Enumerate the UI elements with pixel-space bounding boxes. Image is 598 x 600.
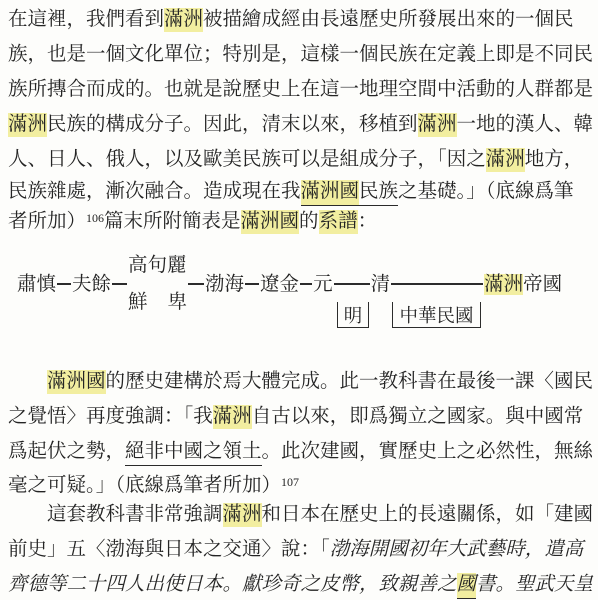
- paragraph-line: 者所加）106篇末所附簡表是滿洲國的系譜：: [8, 210, 377, 234]
- text-run: 前史」五〈渤海與日本之交通〉說：「: [8, 538, 330, 562]
- text-run: 齊德等二十四人出使日本。獻珍奇之皮幣，致親善之: [8, 573, 457, 597]
- diagram-connector: [245, 283, 259, 285]
- text-run: 者所加）: [8, 210, 86, 234]
- text-run: 帝國: [523, 274, 562, 295]
- text-run: 一地的漢人、韓: [457, 113, 594, 137]
- footnote-superscript: 106: [86, 206, 104, 230]
- highlighted-term: 滿洲: [213, 405, 252, 429]
- footnote-superscript: 107: [281, 470, 299, 494]
- diagram-connector: [188, 283, 204, 285]
- text-run: 夫餘: [72, 274, 111, 295]
- diagram-node: 渤海: [205, 274, 244, 295]
- highlighted-term: 滿洲: [8, 113, 47, 137]
- text-run: 民族的構成分子。因此，清末以來，移植到: [47, 113, 418, 137]
- text-run: 民族雜處，漸次融合。造成現在我: [8, 180, 301, 204]
- diagram-connector: [57, 283, 71, 285]
- paragraph-line: 爲起伏之勢，絕非中國之領土。此次建國，實歷史上之必然性，無絲: [8, 440, 593, 466]
- diagram-connector: [300, 283, 312, 285]
- diagram-node: 高句麗: [128, 255, 187, 276]
- highlighted-term: 滿洲: [223, 503, 262, 527]
- document-page: 在這裡，我們看到滿洲被描繪成經由長遠歷史所發展出來的一個民族，也是一個文化單位；…: [0, 0, 598, 600]
- text-run: 毫之可疑。」（底線爲筆者所加）: [8, 474, 281, 498]
- text-run: ：: [358, 210, 378, 234]
- highlighted-term: 滿洲: [484, 274, 523, 295]
- text-run: 。此次建國，實歷史上之必然性，無絲: [262, 440, 594, 464]
- text-run: 遼金: [260, 274, 299, 295]
- text-run: 元: [313, 274, 333, 295]
- diagram-node: 元: [313, 274, 333, 295]
- paragraph-line: 齊德等二十四人出使日本。獻珍奇之皮幣，致親善之國書。聖武天皇: [8, 573, 593, 599]
- diagram-node: 鮮卑: [128, 292, 187, 313]
- paragraph-line: 人、日人、俄人，以及歐美民族可以是組成分子，「因之滿洲地方，: [8, 148, 583, 172]
- highlighted-term: 滿洲: [164, 8, 203, 32]
- highlighted-term: 滿洲國: [47, 370, 106, 394]
- text-run: 書。聖武天皇: [476, 573, 593, 597]
- text-run: 卑: [168, 292, 188, 313]
- text-run: 人、日人、俄人，以及歐美民族可以是組成分子，「因之: [8, 148, 486, 172]
- highlighted-term: 滿洲: [418, 113, 457, 137]
- paragraph-line: 在這裡，我們看到滿洲被描繪成經由長遠歷史所發展出來的一個民: [8, 8, 574, 32]
- text-run: 和日本在歷史上的長遠關係，如「建國: [262, 503, 594, 527]
- paragraph-line: 族所摶合而成的。也就是說歷史上在這一地理空間中活動的人群都是: [8, 78, 593, 102]
- paragraph-line: 族，也是一個文化單位；特別是，這樣一個民族在定義上即是不同民: [8, 43, 593, 67]
- highlighted-underlined-term: 滿洲國: [301, 180, 360, 206]
- text-run: 肅慎: [17, 274, 56, 295]
- diagram-node: 遼金: [260, 274, 299, 295]
- diagram-node: 肅慎: [17, 274, 56, 295]
- highlighted-term: 滿洲國: [241, 210, 300, 234]
- text-run: 清: [371, 274, 391, 295]
- text-run: 的: [299, 210, 319, 234]
- text-run: 這套教科書非常強調: [47, 503, 223, 527]
- diagram-node: 滿洲帝國: [484, 274, 562, 295]
- diagram-connector: [112, 283, 127, 285]
- paragraph-line: 民族雜處，漸次融合。造成現在我滿洲國民族之基礎。」（底線爲筆: [8, 180, 574, 206]
- diagram-node: 夫餘: [72, 274, 111, 295]
- paragraph-line: 滿洲民族的構成分子。因此，清末以來，移植到滿洲一地的漢人、韓: [8, 113, 593, 137]
- highlighted-term: 系譜: [319, 210, 358, 234]
- paragraph-line: 之覺悟〉再度強調：「我滿洲自古以來，即爲獨立之國家。與中國常: [8, 405, 583, 429]
- text-run: 之覺悟〉再度強調：「我: [8, 405, 213, 429]
- text-run: 渤海: [205, 274, 244, 295]
- text-run: 篇末所附簡表是: [104, 210, 241, 234]
- text-run: 鮮: [128, 292, 148, 313]
- paragraph-line: 這套教科書非常強調滿洲和日本在歷史上的長遠關係，如「建國: [47, 503, 593, 527]
- paragraph-line: 毫之可疑。」（底線爲筆者所加）107: [8, 474, 299, 498]
- diagram-node: 清: [371, 274, 391, 295]
- paragraph-line: 前史」五〈渤海與日本之交通〉說：「渤海開國初年大武藝時，遣高: [8, 538, 583, 562]
- diagram-connector: [391, 283, 483, 285]
- text-run: 族所摶合而成的。也就是說歷史上在這一地理空間中活動的人群都是: [8, 78, 593, 102]
- text-run: 爲起伏之勢，: [8, 440, 125, 464]
- text-run: 族，也是一個文化單位；特別是，這樣一個民族在定義上即是不同民: [8, 43, 593, 67]
- paragraph-line: 滿洲國的歷史建構於焉大體完成。此一教科書在最後一課〈國民: [47, 370, 593, 394]
- text-run: 在這裡，我們看到: [8, 8, 164, 32]
- text-run: 自古以來，即爲獨立之國家。與中國常: [252, 405, 584, 429]
- underlined-term: 絕非中國之領土: [125, 440, 262, 466]
- dynasty-box-ming: 明: [337, 302, 369, 328]
- dynasty-box-roc: 中華民國: [392, 302, 481, 328]
- text-run: 渤海開國初年大武藝時，遣高: [330, 538, 584, 562]
- text-run: 之基礎。」（底線爲筆: [398, 180, 574, 204]
- text-run: 的歷史建構於焉大體完成。此一教科書在最後一課〈國民: [106, 370, 594, 394]
- text-run: 被描繪成經由長遠歷史所發展出來的一個民: [203, 8, 574, 32]
- underlined-term: 民族: [359, 180, 398, 206]
- highlighted-underlined-term: 國: [457, 573, 477, 599]
- diagram-connector: [334, 283, 370, 285]
- highlighted-term: 滿洲: [486, 148, 525, 172]
- diagram-stack-goguryeo-xianbei: 高句麗鮮卑: [128, 255, 187, 313]
- text-run: 地方，: [525, 148, 584, 172]
